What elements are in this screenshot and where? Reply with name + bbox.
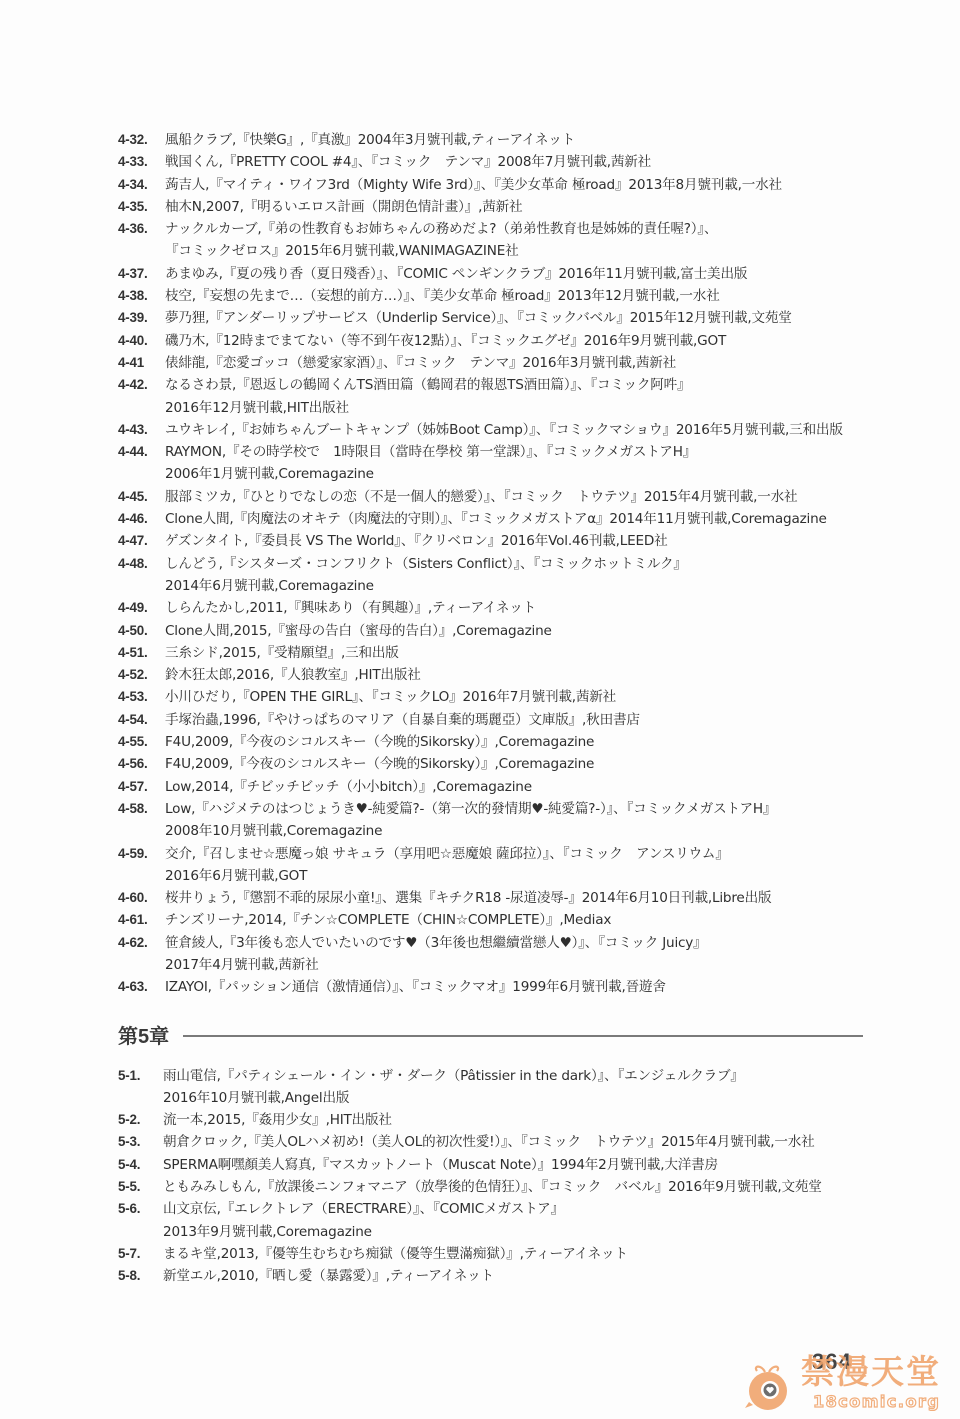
reference-line: 2017年4月號刊載,茜新社 [165,954,707,976]
reference-line: 2016年6月號刊載,GOT [165,865,729,887]
whale-mascot-heart-icon [743,1362,793,1412]
reference-number: 5-5. [118,1176,163,1198]
reference-text: 雨山電信,『パティシェール・イン・ザ・ダーク（Pâtissier in the … [163,1065,744,1110]
reference-line: 『コミックゼロス』2015年6月號刊載,WANIMAGAZINE社 [165,240,717,262]
reference-number: 4-37. [118,263,165,285]
reference-number: 4-62. [118,932,165,954]
reference-text: F4U,2009,『今夜のシコルスキー（今晚的Sikorsky）』,Corema… [165,731,594,753]
reference-entry: 5-8.新堂エル,2010,『晒し愛（暴露愛）』,ティーアイネット [118,1265,898,1287]
reference-text: 夢乃狸,『アンダーリップサービス（Underlip Service）』、『コミッ… [165,307,792,329]
reference-text: 新堂エル,2010,『晒し愛（暴露愛）』,ティーアイネット [163,1265,494,1287]
reference-number: 4-55. [118,731,165,753]
reference-line: 雨山電信,『パティシェール・イン・ザ・ダーク（Pâtissier in the … [163,1065,744,1087]
reference-entry: 4-43.ユウキレイ,『お姉ちゃんブートキャンプ（姊姊Boot Camp）』、『… [118,419,898,441]
reference-number: 4-46. [118,508,165,530]
document-page: 4-32.風船クラブ,『快樂G』,『真激』2004年3月號刊載,ティーアイネット… [0,0,960,1419]
reference-line: ともみみしもん,『放課後ニンフォマニア（放學後的色情狂）』、『コミック バベル』… [163,1176,822,1198]
reference-entry: 4-60.桜井りょう,『懲罰不乖的尿尿小童!』、選集『キチクR18 -尿道凌辱-… [118,887,898,909]
reference-entry: 4-45.服部ミツカ,『ひとりでなしの恋（不是一個人的戀愛）』、『コミック トウ… [118,486,898,508]
reference-entry: 4-53.小川ひだり,『OPEN THE GIRL』、『コミックLO』2016年… [118,686,898,708]
reference-entry: 4-48.しんどう,『シスターズ・コンフリクト（Sisters Conflict… [118,553,898,598]
reference-line: しらんたかし,2011,『興味あり（有興趣）』,ティーアイネット [165,597,536,619]
reference-line: F4U,2009,『今夜のシコルスキー（今晚的Sikorsky）』,Corema… [165,731,594,753]
reference-number: 4-54. [118,709,165,731]
reference-text: RAYMON,『その時学校で 1時限目（當時在學校 第一堂課）』、『コミックメガ… [165,441,696,486]
reference-number: 4-61. [118,909,165,931]
chapter-5-heading: 第5章 [118,1021,898,1049]
reference-text: ゲズンタイト,『委員長 VS The World』、『クリベロン』2016年Vo… [165,530,668,552]
reference-number: 4-59. [118,843,165,865]
reference-line: ゲズンタイト,『委員長 VS The World』、『クリベロン』2016年Vo… [165,530,668,552]
reference-entry: 4-42.なるさわ景,『恩返しの鶴岡くんTS酒田篇（鶴岡君的報恩TS酒田篇）』、… [118,374,898,419]
reference-line: 俵緋龍,『恋愛ゴッコ（戀愛家家酒）』、『コミック テンマ』2016年3月號刊載,… [165,352,676,374]
chapter-5-references: 5-1.雨山電信,『パティシェール・イン・ザ・ダーク（Pâtissier in … [118,1065,898,1288]
reference-text: しんどう,『シスターズ・コンフリクト（Sisters Conflict）』、『コ… [165,553,687,598]
reference-line: 新堂エル,2010,『晒し愛（暴露愛）』,ティーアイネット [163,1265,494,1287]
chapter-divider [183,1035,863,1037]
watermark-url: 18comic.org [813,1392,940,1411]
reference-text: Low,『ハジメテのはつじょうき♥-純愛篇?-（第一次的發情期♥-純愛篇?-）』… [165,798,776,843]
reference-line: 桜井りょう,『懲罰不乖的尿尿小童!』、選集『キチクR18 -尿道凌辱-』2014… [165,887,771,909]
reference-line: Low,2014,『チビッチビッチ（小小bitch）』,Coremagazine [165,776,532,798]
reference-number: 4-53. [118,686,165,708]
reference-line: 2016年12月號刊載,HIT出版社 [165,397,690,419]
reference-entry: 4-62.笹倉綾人,『3年後も恋人でいたいのです♥（3年後也想繼續當戀人♥）』、… [118,932,898,977]
reference-number: 4-47. [118,530,165,552]
reference-line: ユウキレイ,『お姉ちゃんブートキャンプ（姊姊Boot Camp）』、『コミックマ… [165,419,843,441]
reference-line: 枝空,『妄想の先まで…（妄想的前方…）』、『美少女革命 極road』2013年1… [165,285,720,307]
reference-list: 4-32.風船クラブ,『快樂G』,『真激』2004年3月號刊載,ティーアイネット… [118,129,898,1288]
reference-line: 夢乃狸,『アンダーリップサービス（Underlip Service）』、『コミッ… [165,307,792,329]
reference-number: 4-44. [118,441,165,463]
reference-entry: 4-58.Low,『ハジメテのはつじょうき♥-純愛篇?-（第一次的發情期♥-純愛… [118,798,898,843]
reference-entry: 4-34.蒟吉人,『マイティ・ワイフ3rd（Mighty Wife 3rd）』、… [118,174,898,196]
reference-number: 4-41 [118,352,165,374]
reference-text: 小川ひだり,『OPEN THE GIRL』、『コミックLO』2016年7月號刊載… [165,686,616,708]
reference-number: 4-43. [118,419,165,441]
reference-number: 4-48. [118,553,165,575]
reference-entry: 4-36.ナックルカーブ,『弟の性教育もお姉ちゃんの務めだよ?（弟弟性教育也是姊… [118,218,898,263]
reference-text: 鈴木狂太郎,2016,『人狼教室』,HIT出版社 [165,664,421,686]
reference-entry: 4-63.IZAYOI,『パッション通信（激情通信）』、『コミックマオ』1999… [118,976,898,998]
reference-number: 5-2. [118,1109,163,1131]
reference-entry: 4-40.磯乃木,『12時までまてない（等不到午夜12點）』、『コミックエグゼ』… [118,330,898,352]
reference-text: なるさわ景,『恩返しの鶴岡くんTS酒田篇（鶴岡君的報恩TS酒田篇）』、『コミック… [165,374,690,419]
reference-text: 桜井りょう,『懲罰不乖的尿尿小童!』、選集『キチクR18 -尿道凌辱-』2014… [165,887,771,909]
reference-line: 2013年9月號刊載,Coremagazine [163,1221,564,1243]
reference-text: 朝倉クロック,『美人OLハメ初め!（美人OL的初次性愛!）』、『コミック トウテ… [163,1131,815,1153]
reference-text: Clone人間,2015,『蜜母の告白（蜜母的告白）』,Coremagazine [165,620,552,642]
reference-text: Low,2014,『チビッチビッチ（小小bitch）』,Coremagazine [165,776,532,798]
reference-line: ナックルカーブ,『弟の性教育もお姉ちゃんの務めだよ?（弟弟性教育也是姊姊的責任喔… [165,218,717,240]
reference-number: 4-58. [118,798,165,820]
reference-number: 5-6. [118,1198,163,1220]
reference-text: 戦国くん,『PRETTY COOL #4』、『コミック テンマ』2008年7月號… [165,151,651,173]
reference-number: 5-3. [118,1131,163,1153]
reference-line: 2006年1月號刊載,Coremagazine [165,463,696,485]
reference-line: 風船クラブ,『快樂G』,『真激』2004年3月號刊載,ティーアイネット [165,129,575,151]
reference-text: SPERMA啊嘿顏美人寫真,『マスカットノート（Muscat Note）』199… [163,1154,718,1176]
reference-text: チンズリーナ,2014,『チン☆COMPLETE（CHIN☆COMPLETE）』… [165,909,611,931]
reference-number: 5-1. [118,1065,163,1087]
reference-entry: 4-55.F4U,2009,『今夜のシコルスキー（今晚的Sikorsky）』,C… [118,731,898,753]
reference-entry: 4-59.交介,『召しませ☆悪魔っ娘 サキュラ（享用吧☆惡魔娘 薩邱拉）』、『コ… [118,843,898,888]
reference-line: しんどう,『シスターズ・コンフリクト（Sisters Conflict）』、『コ… [165,553,687,575]
reference-line: Clone人間,2015,『蜜母の告白（蜜母的告白）』,Coremagazine [165,620,552,642]
reference-number: 4-39. [118,307,165,329]
reference-line: 流一本,2015,『姦用少女』,HIT出版社 [163,1109,392,1131]
reference-text: あまゆみ,『夏の残り香（夏日殘香）』、『COMIC ペンギンクラブ』2016年1… [165,263,747,285]
reference-number: 4-60. [118,887,165,909]
reference-text: Clone人間,『肉魔法のオキテ（肉魔法的守則）』、『コミックメガストアα』20… [165,508,827,530]
reference-line: F4U,2009,『今夜のシコルスキー（今晚的Sikorsky）』,Corema… [165,753,594,775]
reference-line: 手塚治蟲,1996,『やけっぱちのマリア（自暴自棄的瑪麗亞）文庫版』,秋田書店 [165,709,640,731]
reference-number: 4-63. [118,976,165,998]
reference-text: 磯乃木,『12時までまてない（等不到午夜12點）』、『コミックエグゼ』2016年… [165,330,726,352]
reference-line: まるキ堂,2013,『優等生むちむち痴獄（優等生豐滿痴獄）』,ティーアイネット [163,1243,628,1265]
reference-line: 2008年10月號刊載,Coremagazine [165,820,776,842]
reference-entry: 4-57.Low,2014,『チビッチビッチ（小小bitch）』,Coremag… [118,776,898,798]
reference-number: 4-50. [118,620,165,642]
reference-number: 4-52. [118,664,165,686]
reference-text: 柚木N,2007,『明るいエロス計画（開朗色情計畫）』,茜新社 [165,196,522,218]
reference-entry: 4-38.枝空,『妄想の先まで…（妄想的前方…）』、『美少女革命 極road』2… [118,285,898,307]
reference-line: SPERMA啊嘿顏美人寫真,『マスカットノート（Muscat Note）』199… [163,1154,718,1176]
reference-line: 蒟吉人,『マイティ・ワイフ3rd（Mighty Wife 3rd）』、『美少女革… [165,174,782,196]
reference-entry: 5-7.まるキ堂,2013,『優等生むちむち痴獄（優等生豐滿痴獄）』,ティーアイ… [118,1243,898,1265]
reference-line: 戦国くん,『PRETTY COOL #4』、『コミック テンマ』2008年7月號… [165,151,651,173]
reference-number: 4-40. [118,330,165,352]
reference-line: あまゆみ,『夏の残り香（夏日殘香）』、『COMIC ペンギンクラブ』2016年1… [165,263,747,285]
reference-entry: 4-39.夢乃狸,『アンダーリップサービス（Underlip Service）』… [118,307,898,329]
reference-text: 枝空,『妄想の先まで…（妄想的前方…）』、『美少女革命 極road』2013年1… [165,285,720,307]
reference-line: 小川ひだり,『OPEN THE GIRL』、『コミックLO』2016年7月號刊載… [165,686,616,708]
reference-line: 山文京伝,『エレクトレア（ERECTRARE）』、『COMICメガストア』 [163,1198,564,1220]
reference-line: 柚木N,2007,『明るいエロス計画（開朗色情計畫）』,茜新社 [165,196,522,218]
reference-entry: 4-47.ゲズンタイト,『委員長 VS The World』、『クリベロン』20… [118,530,898,552]
reference-line: なるさわ景,『恩返しの鶴岡くんTS酒田篇（鶴岡君的報恩TS酒田篇）』、『コミック… [165,374,690,396]
reference-text: F4U,2009,『今夜のシコルスキー（今晚的Sikorsky）』,Corema… [165,753,594,775]
reference-line: 笹倉綾人,『3年後も恋人でいたいのです♥（3年後也想繼續當戀人♥）』、『コミック… [165,932,707,954]
reference-text: 服部ミツカ,『ひとりでなしの恋（不是一個人的戀愛）』、『コミック トウテツ』20… [165,486,797,508]
reference-entry: 4-35.柚木N,2007,『明るいエロス計画（開朗色情計畫）』,茜新社 [118,196,898,218]
reference-entry: 4-32.風船クラブ,『快樂G』,『真激』2004年3月號刊載,ティーアイネット [118,129,898,151]
reference-text: IZAYOI,『パッション通信（激情通信）』、『コミックマオ』1999年6月號刊… [165,976,666,998]
reference-entry: 4-50.Clone人間,2015,『蜜母の告白（蜜母的告白）』,Coremag… [118,620,898,642]
reference-entry: 4-37.あまゆみ,『夏の残り香（夏日殘香）』、『COMIC ペンギンクラブ』2… [118,263,898,285]
reference-number: 4-33. [118,151,165,173]
reference-line: 2014年6月號刊載,Coremagazine [165,575,687,597]
reference-number: 4-32. [118,129,165,151]
reference-line: RAYMON,『その時学校で 1時限目（當時在學校 第一堂課）』、『コミックメガ… [165,441,696,463]
reference-text: 蒟吉人,『マイティ・ワイフ3rd（Mighty Wife 3rd）』、『美少女革… [165,174,782,196]
reference-line: チンズリーナ,2014,『チン☆COMPLETE（CHIN☆COMPLETE）』… [165,909,611,931]
reference-text: 俵緋龍,『恋愛ゴッコ（戀愛家家酒）』、『コミック テンマ』2016年3月號刊載,… [165,352,676,374]
reference-text: ともみみしもん,『放課後ニンフォマニア（放學後的色情狂）』、『コミック バベル』… [163,1176,822,1198]
reference-number: 4-51. [118,642,165,664]
reference-text: 手塚治蟲,1996,『やけっぱちのマリア（自暴自棄的瑪麗亞）文庫版』,秋田書店 [165,709,640,731]
reference-entry: 4-46.Clone人間,『肉魔法のオキテ（肉魔法的守則）』、『コミックメガスト… [118,508,898,530]
reference-line: 三糸シド,2015,『受精願望』,三和出版 [165,642,399,664]
reference-entry: 5-4.SPERMA啊嘿顏美人寫真,『マスカットノート（Muscat Note）… [118,1154,898,1176]
chapter-title: 第5章 [118,1020,169,1049]
reference-text: 交介,『召しませ☆悪魔っ娘 サキュラ（享用吧☆惡魔娘 薩邱拉）』、『コミック ア… [165,843,729,888]
reference-line: 2016年10月號刊載,Angel出版 [163,1087,744,1109]
reference-entry: 4-51.三糸シド,2015,『受精願望』,三和出版 [118,642,898,664]
reference-number: 5-4. [118,1154,163,1176]
reference-number: 4-56. [118,753,165,775]
reference-entry: 4-49.しらんたかし,2011,『興味あり（有興趣）』,ティーアイネット [118,597,898,619]
reference-entry: 4-33.戦国くん,『PRETTY COOL #4』、『コミック テンマ』200… [118,151,898,173]
reference-text: 三糸シド,2015,『受精願望』,三和出版 [165,642,399,664]
reference-number: 4-35. [118,196,165,218]
reference-line: Low,『ハジメテのはつじょうき♥-純愛篇?-（第一次的發情期♥-純愛篇?-）』… [165,798,776,820]
reference-line: 鈴木狂太郎,2016,『人狼教室』,HIT出版社 [165,664,421,686]
reference-number: 4-57. [118,776,165,798]
reference-number: 4-36. [118,218,165,240]
reference-entry: 4-54.手塚治蟲,1996,『やけっぱちのマリア（自暴自棄的瑪麗亞）文庫版』,… [118,709,898,731]
reference-text: ユウキレイ,『お姉ちゃんブートキャンプ（姊姊Boot Camp）』、『コミックマ… [165,419,843,441]
site-watermark: 禁漫天堂 18comic.org [743,1352,958,1418]
reference-line: Clone人間,『肉魔法のオキテ（肉魔法的守則）』、『コミックメガストアα』20… [165,508,827,530]
reference-line: 朝倉クロック,『美人OLハメ初め!（美人OL的初次性愛!）』、『コミック トウテ… [163,1131,815,1153]
reference-entry: 4-56.F4U,2009,『今夜のシコルスキー（今晚的Sikorsky）』,C… [118,753,898,775]
reference-number: 5-7. [118,1243,163,1265]
reference-text: ナックルカーブ,『弟の性教育もお姉ちゃんの務めだよ?（弟弟性教育也是姊姊的責任喔… [165,218,717,263]
reference-number: 4-38. [118,285,165,307]
reference-number: 5-8. [118,1265,163,1287]
reference-entry: 5-6.山文京伝,『エレクトレア（ERECTRARE）』、『COMICメガストア… [118,1198,898,1243]
reference-text: 山文京伝,『エレクトレア（ERECTRARE）』、『COMICメガストア』201… [163,1198,564,1243]
reference-line: 服部ミツカ,『ひとりでなしの恋（不是一個人的戀愛）』、『コミック トウテツ』20… [165,486,797,508]
reference-number: 4-45. [118,486,165,508]
reference-text: 風船クラブ,『快樂G』,『真激』2004年3月號刊載,ティーアイネット [165,129,575,151]
reference-entry: 4-52.鈴木狂太郎,2016,『人狼教室』,HIT出版社 [118,664,898,686]
reference-line: IZAYOI,『パッション通信（激情通信）』、『コミックマオ』1999年6月號刊… [165,976,666,998]
reference-line: 磯乃木,『12時までまてない（等不到午夜12點）』、『コミックエグゼ』2016年… [165,330,726,352]
reference-text: 流一本,2015,『姦用少女』,HIT出版社 [163,1109,392,1131]
reference-entry: 4-41俵緋龍,『恋愛ゴッコ（戀愛家家酒）』、『コミック テンマ』2016年3月… [118,352,898,374]
chapter-4-references: 4-32.風船クラブ,『快樂G』,『真激』2004年3月號刊載,ティーアイネット… [118,129,898,999]
reference-number: 4-34. [118,174,165,196]
reference-text: 笹倉綾人,『3年後も恋人でいたいのです♥（3年後也想繼續當戀人♥）』、『コミック… [165,932,707,977]
reference-entry: 4-61.チンズリーナ,2014,『チン☆COMPLETE（CHIN☆COMPL… [118,909,898,931]
reference-entry: 5-1.雨山電信,『パティシェール・イン・ザ・ダーク（Pâtissier in … [118,1065,898,1110]
reference-number: 4-42. [118,374,165,396]
watermark-title: 禁漫天堂 [801,1354,941,1390]
reference-entry: 5-5.ともみみしもん,『放課後ニンフォマニア（放學後的色情狂）』、『コミック … [118,1176,898,1198]
reference-entry: 5-2.流一本,2015,『姦用少女』,HIT出版社 [118,1109,898,1131]
reference-entry: 5-3.朝倉クロック,『美人OLハメ初め!（美人OL的初次性愛!）』、『コミック… [118,1131,898,1153]
reference-text: まるキ堂,2013,『優等生むちむち痴獄（優等生豐滿痴獄）』,ティーアイネット [163,1243,628,1265]
reference-text: しらんたかし,2011,『興味あり（有興趣）』,ティーアイネット [165,597,536,619]
reference-entry: 4-44.RAYMON,『その時学校で 1時限目（當時在學校 第一堂課）』、『コ… [118,441,898,486]
reference-number: 4-49. [118,597,165,619]
reference-line: 交介,『召しませ☆悪魔っ娘 サキュラ（享用吧☆惡魔娘 薩邱拉）』、『コミック ア… [165,843,729,865]
